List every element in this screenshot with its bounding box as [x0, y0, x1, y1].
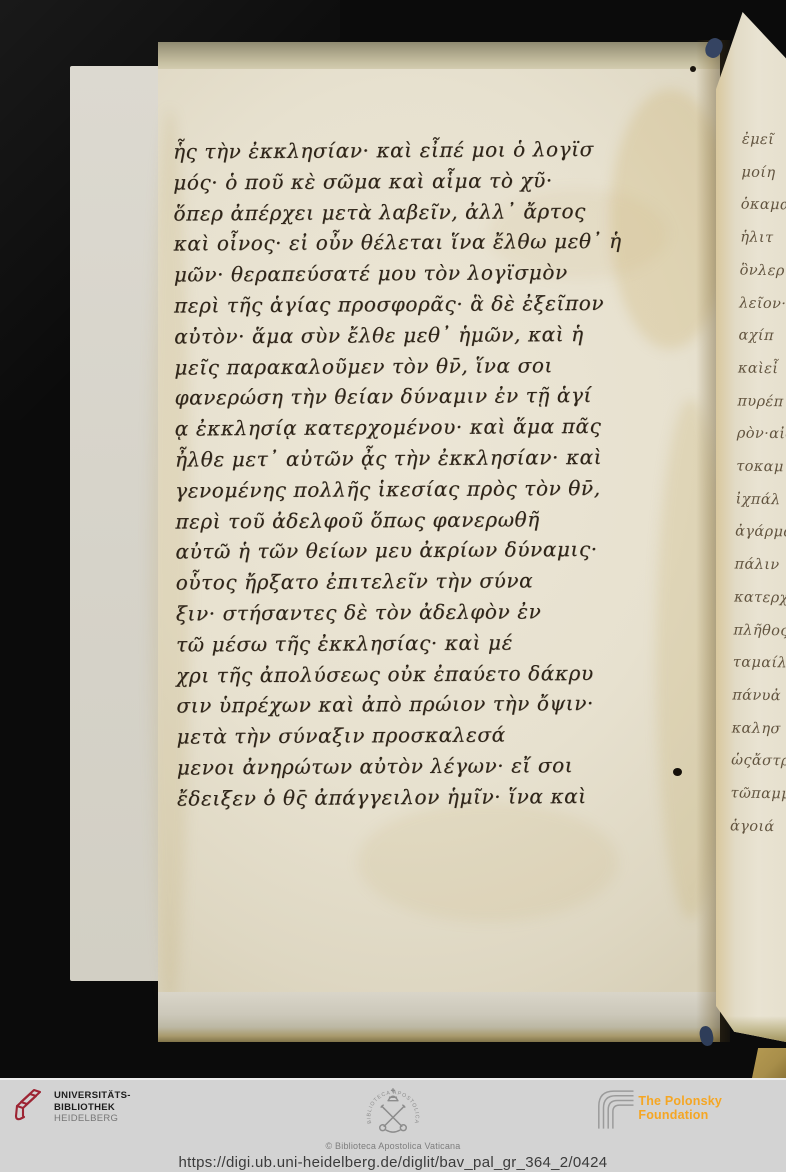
manuscript-line: αὐτὸν· ἅμα σὺν ἔλθε μεθ᾽ ἡμῶν, καὶ ἡ [174, 318, 679, 352]
manuscript-line: μεῖς παρακαλοῦμεν τὸν θν̄, ἵνα σοι [174, 349, 679, 383]
manuscript-line: μενοι ἀνηρώτων αὐτὸν λέγων· εἴ σοι [177, 749, 682, 783]
facing-page-fragment: ἀγάρμα [735, 516, 786, 550]
facing-page-fragment: ρὸν·αἰδ [737, 418, 786, 452]
facing-page-fragment: ἐμεῖ [742, 124, 786, 158]
polonsky-arcs-icon [596, 1086, 635, 1130]
facing-page-fragment: αχίπ [738, 320, 786, 354]
manuscript-line: ἧς τὴν ἐκκλησίαν· καὶ εἶπέ μοι ὁ λογϊσ [173, 133, 678, 167]
manuscript-line: χρι τῆς ἀπολύσεως οὐκ ἐπαύετο δάκρυ [176, 657, 681, 691]
footer: UNIVERSITÄTS- BIBLIOTHEK HEIDELBERG BIBL… [0, 1078, 786, 1172]
facing-page-fragment: ταμαίλ [733, 647, 786, 681]
facing-page-fragment: πλῆθος [733, 614, 786, 648]
facing-page-text: ἐμεῖ μοίη ὁκαμα ἡλιτ ὃνλερ λεῖον· αχίπ κ… [730, 124, 786, 844]
facing-page-fragment: τῶπαμμ [730, 777, 786, 811]
manuscript-line: αὐτῶ ἡ τῶν θείων μευ ἀκρίων δύναμις· [175, 534, 680, 568]
facing-page-fragment: λεῖον· [739, 287, 786, 321]
manuscript-line: οὗτος ἤρξατο ἐπιτελεῖν τὴν σύνα [176, 565, 681, 599]
facing-page-fragment: πάλιν [734, 549, 786, 583]
manuscript-line: τῶ μέσω τῆς ἐκκλησίας· καὶ μέ [176, 626, 681, 660]
facing-page-fragment: ἁγοιά [730, 810, 786, 844]
manuscript-line: περὶ τοῦ ἀδελφοῦ ὅπως φανερωθῆ [175, 503, 680, 537]
manuscript-line: περὶ τῆς ἁγίας προσφορᾶς· ἃ δὲ ἐξεῖπον [174, 287, 679, 321]
facing-page-fragment: μοίη [741, 156, 786, 190]
copyright-notice: © Biblioteca Apostolica Vaticana [326, 1141, 461, 1151]
facing-page-fragment: ὡςἄστρ [731, 745, 786, 779]
manuscript-line: μῶν· θεραπεύσατέ μου τὸν λογϊσμὸν [174, 257, 679, 291]
manuscript-line: ξιν· στήσαντες δὲ τὸν ἀδελφὸν ἐν [176, 595, 681, 629]
book-board-corner [752, 1048, 786, 1078]
manuscript-line: ᾳ ἐκκλησίᾳ κατερχομένου· καὶ ἅμα πᾶς [175, 411, 680, 445]
facing-page-fragment: τοκαμ [736, 451, 786, 485]
page-top-edge [158, 42, 720, 69]
manuscript-line: ἦλθε μετ᾽ αὐτῶν ᾆς τὴν ἐκκλησίαν· καὶ [175, 441, 680, 475]
facing-page-fragment: ἰχπάλ [735, 483, 786, 517]
wormhole-small [690, 66, 696, 72]
stain [358, 802, 618, 922]
manuscript-line: γενομένης πολλῆς ἱκεσίας πρὸς τὸν θν̄, [175, 472, 680, 506]
facing-page-fragment: καὶεἶ [738, 352, 786, 386]
source-url: https://digi.ub.uni-heidelberg.de/diglit… [0, 1154, 786, 1171]
manuscript-line: μός· ὁ ποῦ κὲ σῶμα καὶ αἷμα τὸ χῦ· [173, 164, 678, 198]
manuscript-text-block: ἧς τὴν ἐκκλησίαν· καὶ εἶπέ μοι ὁ λογϊσ μ… [173, 133, 682, 814]
facing-page-fragment: κατερχ [734, 581, 786, 615]
facing-page-fragment: καλησ [731, 712, 786, 746]
manuscript-line: μετὰ τὴν σύναξιν προσκαλεσά [177, 719, 682, 753]
manuscript-page: ἧς τὴν ἐκκλησίαν· καὶ εἶπέ μοι ὁ λογϊσ μ… [158, 42, 720, 1042]
facing-page-fragment: ὃνλερ [739, 254, 786, 288]
facing-page-fragment: πυρέπ [737, 385, 786, 419]
page-bottom-edge [158, 992, 720, 1042]
facing-page-fragment: ἡλιτ [740, 222, 786, 256]
facing-page-fragment: ὁκαμα [741, 189, 786, 223]
wormhole [673, 768, 682, 776]
vatican-emblem-icon: BIBLIOTECA APOSTOLICA VATICANA [363, 1083, 423, 1140]
manuscript-line: ἔδειξεν ὁ θς̄ ἀπάγγειλον ἡμῖν· ἵνα καὶ [177, 780, 682, 814]
facing-page-edge: ἐμεῖ μοίη ὁκαμα ἡλιτ ὃνλερ λεῖον· αχίπ κ… [716, 12, 786, 1042]
polonsky-label: The Polonsky Foundation [638, 1094, 786, 1122]
manuscript-line: ὅπερ ἀπέρχει μετὰ λαβεῖν, ἀλλ᾽ ἄρτος [173, 195, 678, 229]
manuscript-line: σιν ὑπρέχων καὶ ἀπὸ πρώιον τὴν ὄψιν· [176, 688, 681, 722]
facing-page-fragment: πάνυἀ [732, 679, 786, 713]
polonsky-logo: The Polonsky Foundation [596, 1086, 786, 1130]
manuscript-line: καὶ οἶνος· εἰ οὖν θέλεται ἵνα ἔλθω μεθ᾽ … [173, 226, 678, 260]
manuscript-line: φανερώση τὴν θείαν δύναμιν ἐν τῇ ἁγί [174, 380, 679, 414]
